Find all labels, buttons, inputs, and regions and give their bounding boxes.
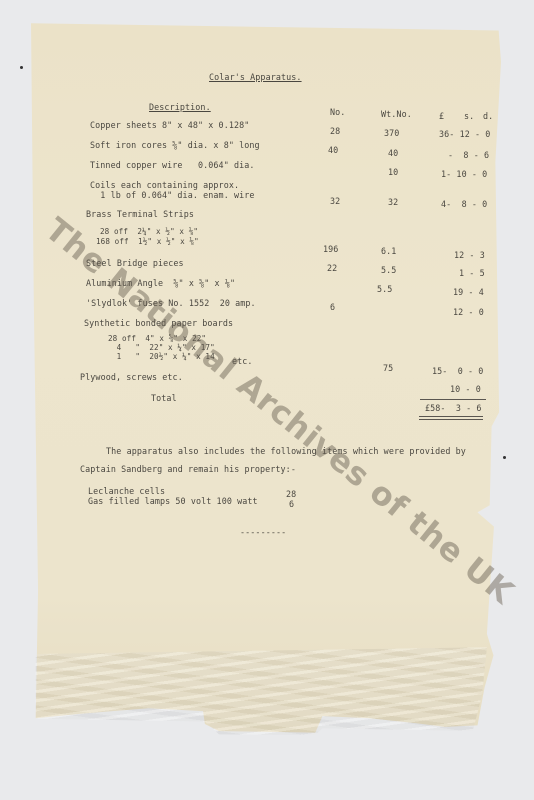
dust-speck (20, 66, 23, 69)
row-description-line2: 1 lb of 0.064" dia. enam. wire (90, 190, 255, 200)
row-weight: 370 (384, 128, 399, 138)
row-no: 40 (328, 145, 338, 155)
total-amount: £58- 3 - 6 (425, 403, 482, 413)
extra-item-qty: 28 (286, 489, 296, 499)
extra-item-qty: 6 (289, 499, 294, 509)
row-weight: 10 (388, 167, 398, 177)
row-no: 22 (327, 263, 337, 273)
extra-item-label: Gas filled lamps 50 volt 100 watt (88, 496, 258, 506)
row-description: Tinned copper wire 0.064" dia. (90, 160, 255, 170)
column-header-pence: d. (483, 111, 493, 121)
row-sub-line: 168 off 1½" x ½" x ⅛" (96, 238, 199, 246)
note-line-1: The apparatus also includes the followin… (106, 446, 466, 456)
row-no: 28 (330, 126, 340, 136)
row-no: 6 (330, 302, 335, 312)
row-amount: 4- 8 - 0 (441, 199, 487, 209)
total-double-rule-2 (419, 419, 483, 420)
row-description: Copper sheets 8" x 48" x 0.128" (90, 120, 249, 130)
row-weight: 6.1 (381, 246, 396, 256)
row-amount: 10 - 0 (450, 384, 481, 394)
extra-item-label: Leclanche cells (88, 486, 165, 496)
end-rule: --------- (240, 527, 286, 537)
row-description: Coils each containing approx. (90, 180, 239, 190)
row-amount: 15- 0 - 0 (432, 366, 483, 376)
row-amount: 19 - 4 (453, 287, 484, 297)
row-no: 196 (323, 244, 338, 254)
row-amount: 36- 12 - 0 (439, 129, 490, 139)
document-title: Colar's Apparatus. (209, 72, 302, 82)
row-sub-line: 28 off 2¼" x ½" x ⅛" (100, 228, 198, 236)
row-description: Brass Terminal Strips (86, 209, 194, 219)
row-amount: 12 - 3 (454, 250, 485, 260)
total-top-rule (420, 399, 486, 400)
row-description: Soft iron cores ⅝" dia. x 8" long (90, 140, 260, 150)
column-header-weight: Wt.No. (381, 109, 412, 119)
row-amount: 1- 10 - 0 (441, 169, 487, 179)
row-weight: 40 (388, 148, 398, 158)
row-amount: - 8 - 6 (448, 150, 489, 160)
row-amount: 12 - 0 (453, 307, 484, 317)
row-weight: 5.5 (381, 265, 396, 275)
row-amount: 1 - 5 (459, 268, 485, 278)
row-weight: 5.5 (377, 284, 392, 294)
row-no: 32 (330, 196, 340, 206)
total-double-rule-1 (419, 416, 483, 417)
column-header-pounds: £ (439, 111, 444, 121)
row-description: Plywood, screws etc. (80, 372, 183, 382)
column-header-description: Description. (149, 102, 211, 112)
dust-speck (503, 456, 506, 459)
column-header-no: No. (330, 107, 345, 117)
row-weight: 75 (383, 363, 393, 373)
total-label: Total (151, 393, 177, 403)
row-weight: 32 (388, 197, 398, 207)
column-header-shillings: s. (464, 111, 474, 121)
note-line-2: Captain Sandberg and remain his property… (80, 464, 296, 474)
